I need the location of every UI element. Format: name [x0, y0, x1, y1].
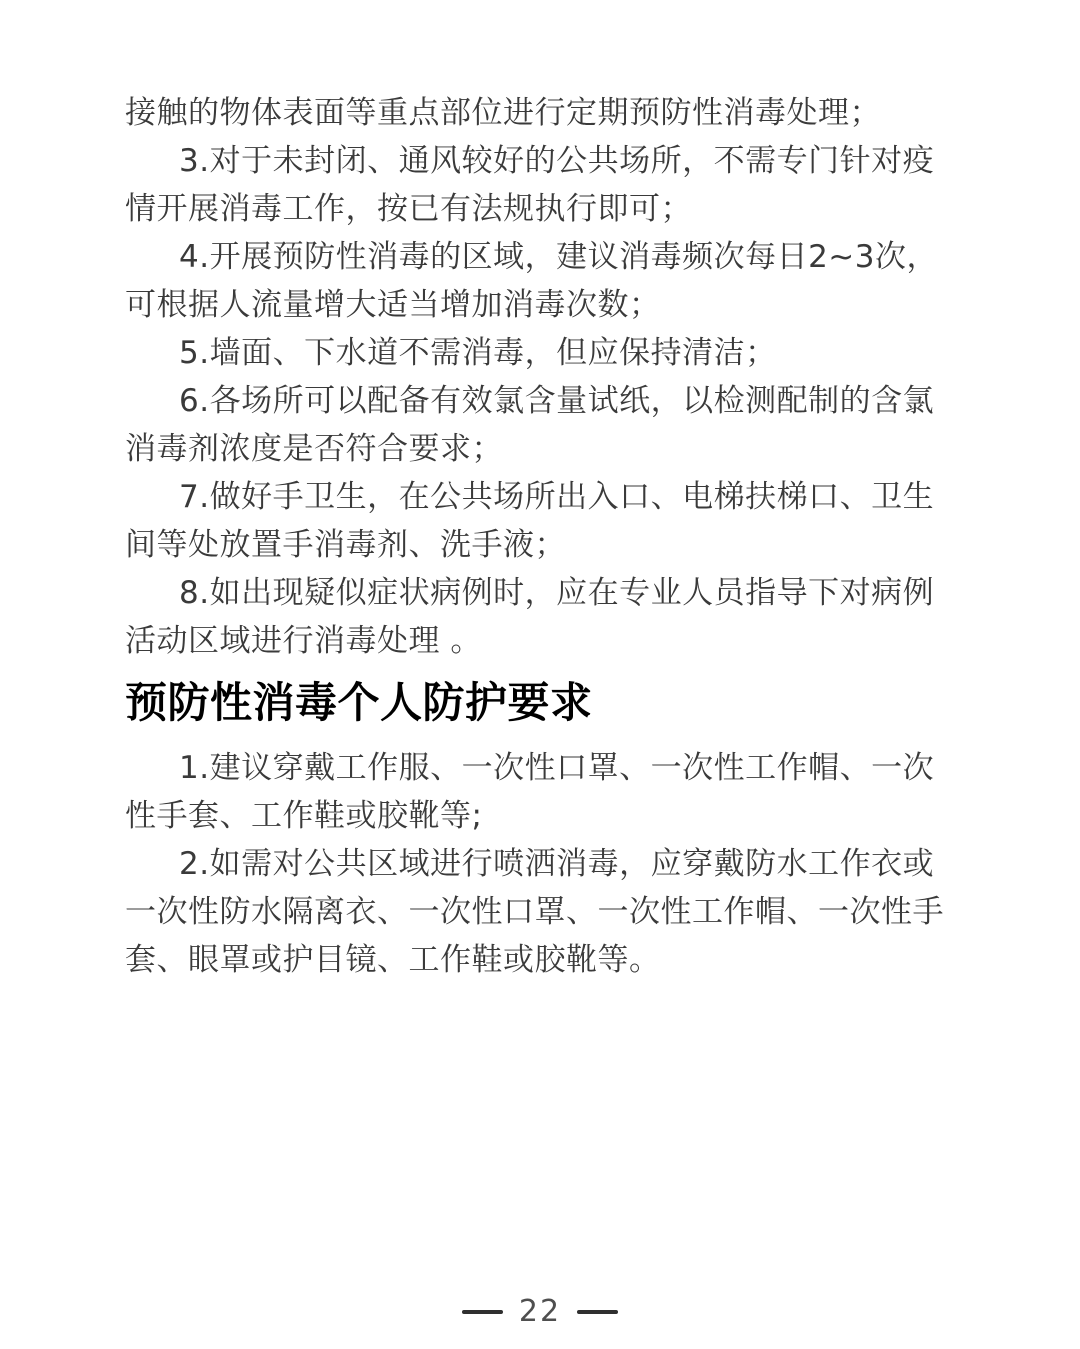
text-line: 1.建议穿戴工作服、一次性口罩、一次性工作帽、一次 [125, 744, 970, 792]
text-line: 8.如出现疑似症状病例时，应在专业人员指导下对病例 [125, 569, 970, 617]
text-line: 套、眼罩或护目镜、工作鞋或胶靴等。 [125, 936, 970, 984]
page-footer: 22 [0, 1292, 1080, 1332]
text-line: 接触的物体表面等重点部位进行定期预防性消毒处理； [125, 89, 970, 137]
text-line: 2.如需对公共区域进行喷洒消毒，应穿戴防水工作衣或 [125, 840, 970, 888]
text-line: 情开展消毒工作，按已有法规执行即可； [125, 185, 970, 233]
text-line: 性手套、工作鞋或胶靴等; [125, 792, 970, 840]
text-line: 6.各场所可以配备有效氯含量试纸，以检测配制的含氯 [125, 377, 970, 425]
text-line: 4.开展预防性消毒的区域，建议消毒频次每日2~3次， [125, 233, 970, 281]
text-line: 消毒剂浓度是否符合要求； [125, 425, 970, 473]
text-line: 可根据人流量增大适当增加消毒次数； [125, 281, 970, 329]
page-content: 接触的物体表面等重点部位进行定期预防性消毒处理；3.对于未封闭、通风较好的公共场… [125, 89, 970, 984]
footer-dash-left [462, 1310, 503, 1314]
text-line: 活动区域进行消毒处理 。 [125, 617, 970, 665]
text-line: 7.做好手卫生，在公共场所出入口、电梯扶梯口、卫生 [125, 473, 970, 521]
text-line: 间等处放置手消毒剂、洗手液； [125, 521, 970, 569]
section-heading: 预防性消毒个人防护要求 [125, 677, 970, 729]
text-line: 一次性防水隔离衣、一次性口罩、一次性工作帽、一次性手 [125, 888, 970, 936]
body-text-bottom: 1.建议穿戴工作服、一次性口罩、一次性工作帽、一次性手套、工作鞋或胶靴等;2.如… [125, 744, 970, 984]
body-text-top: 接触的物体表面等重点部位进行定期预防性消毒处理；3.对于未封闭、通风较好的公共场… [125, 89, 970, 665]
text-line: 3.对于未封闭、通风较好的公共场所，不需专门针对疫 [125, 137, 970, 185]
footer-dash-right [577, 1310, 618, 1314]
text-line: 5.墙面、下水道不需消毒，但应保持清洁； [125, 329, 970, 377]
page-number: 22 [519, 1292, 561, 1332]
document-page: 接触的物体表面等重点部位进行定期预防性消毒处理；3.对于未封闭、通风较好的公共场… [0, 0, 1080, 1349]
